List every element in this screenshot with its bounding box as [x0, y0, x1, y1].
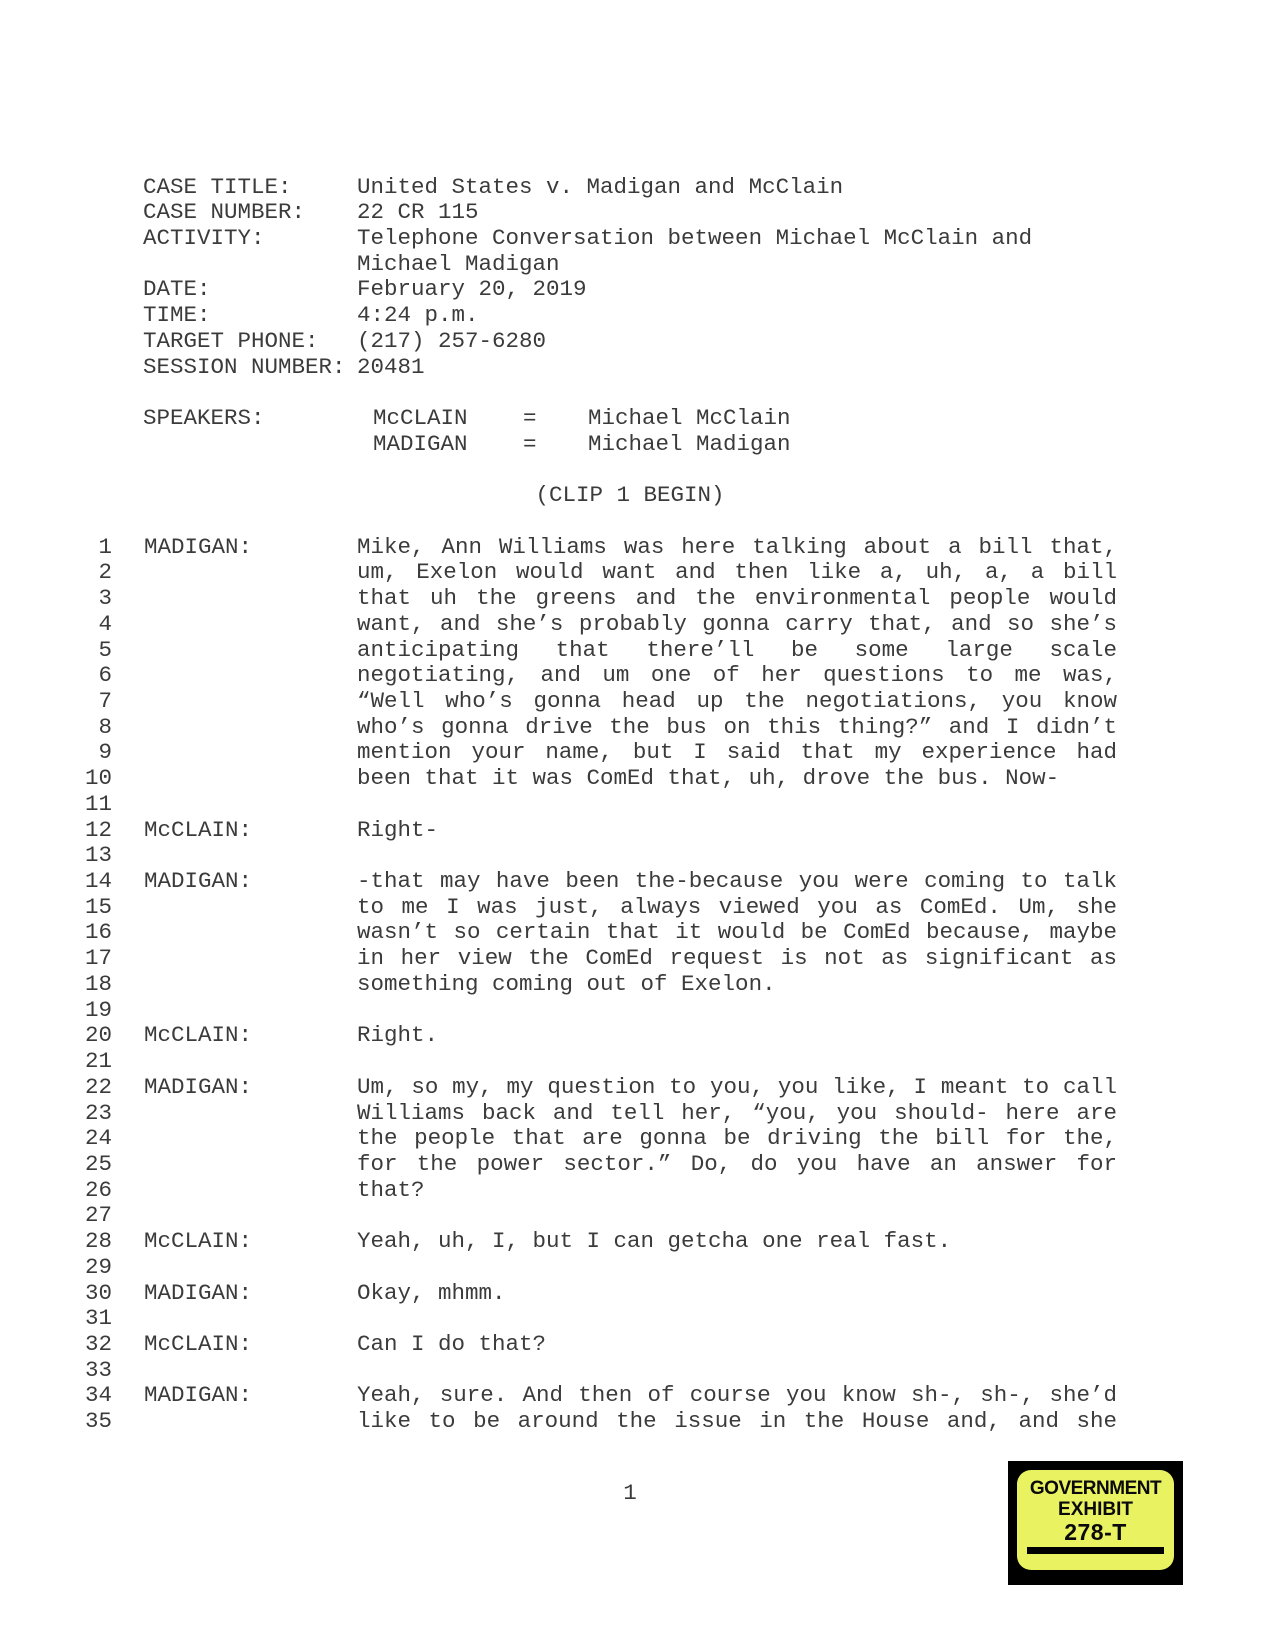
line-text: Um, so my, my question to you, you like,…	[357, 1074, 1117, 1100]
speaker-name: McCLAIN:	[144, 1331, 252, 1357]
line-text: Can I do that?	[357, 1331, 1117, 1357]
header-value: Telephone Conversation between Michael M…	[357, 225, 1032, 251]
line-number: 16	[58, 919, 112, 945]
header-row: ACTIVITY:Telephone Conversation between …	[0, 225, 1265, 251]
transcript-line: 3that uh the greens and the environmenta…	[0, 585, 1265, 611]
header-value: 4:24 p.m.	[357, 302, 479, 328]
line-number: 13	[58, 842, 112, 868]
speaker-name: McCLAIN:	[144, 1022, 252, 1048]
line-text: in her view the ComEd request is not as …	[357, 945, 1117, 971]
exhibit-stamp-line3: 278-T	[1017, 1520, 1174, 1544]
line-number: 14	[58, 868, 112, 894]
clip-marker: (CLIP 1 BEGIN)	[143, 482, 1117, 508]
transcript-line: 30MADIGAN:Okay, mhmm.	[0, 1280, 1265, 1306]
header-label: CASE TITLE:	[143, 174, 292, 200]
line-number: 2	[58, 559, 112, 585]
line-text: that uh the greens and the environmental…	[357, 585, 1117, 611]
transcript-line: 26that?	[0, 1177, 1265, 1203]
header-row: DATE:February 20, 2019	[0, 276, 1265, 302]
line-number: 6	[58, 662, 112, 688]
line-text: something coming out of Exelon.	[357, 971, 1117, 997]
speaker-name: McCLAIN:	[144, 1228, 252, 1254]
line-number: 25	[58, 1151, 112, 1177]
header-row: SESSION NUMBER:20481	[0, 354, 1265, 380]
speaker-full-name: Michael McClain	[588, 405, 791, 431]
transcript-page: CASE TITLE:United States v. Madigan and …	[0, 0, 1265, 1638]
line-number: 24	[58, 1125, 112, 1151]
transcript-line: 24the people that are gonna be driving t…	[0, 1125, 1265, 1151]
line-number: 27	[58, 1202, 112, 1228]
transcript-line: 20McCLAIN:Right.	[0, 1022, 1265, 1048]
line-number: 11	[58, 791, 112, 817]
line-number: 19	[58, 997, 112, 1023]
header-label: TIME:	[143, 302, 211, 328]
transcript-line: 15to me I was just, always viewed you as…	[0, 894, 1265, 920]
transcript-line: 21	[0, 1048, 1265, 1074]
line-text: for the power sector.” Do, do you have a…	[357, 1151, 1117, 1177]
line-text: Right-	[357, 817, 1117, 843]
speaker-name: MADIGAN:	[144, 1382, 252, 1408]
transcript-line: 11	[0, 791, 1265, 817]
transcript-line: 2um, Exelon would want and then like a, …	[0, 559, 1265, 585]
transcript-line: 27	[0, 1202, 1265, 1228]
exhibit-stamp: GOVERNMENT EXHIBIT 278-T	[1008, 1461, 1183, 1585]
line-text: wasn’t so certain that it would be ComEd…	[357, 919, 1117, 945]
header-value: (217) 257-6280	[357, 328, 546, 354]
line-number: 12	[58, 817, 112, 843]
line-number: 35	[58, 1408, 112, 1434]
line-text: Okay, mhmm.	[357, 1280, 1117, 1306]
transcript-line: 28McCLAIN:Yeah, uh, I, but I can getcha …	[0, 1228, 1265, 1254]
line-number: 5	[58, 637, 112, 663]
transcript-line: 35like to be around the issue in the Hou…	[0, 1408, 1265, 1434]
line-number: 29	[58, 1254, 112, 1280]
line-number: 26	[58, 1177, 112, 1203]
transcript-line: 33	[0, 1357, 1265, 1383]
transcript-line: 25for the power sector.” Do, do you have…	[0, 1151, 1265, 1177]
transcript-line: 4want, and she’s probably gonna carry th…	[0, 611, 1265, 637]
line-text: that?	[357, 1177, 1117, 1203]
header-label: TARGET PHONE:	[143, 328, 319, 354]
header-value: Michael Madigan	[357, 251, 560, 277]
exhibit-stamp-line2: EXHIBIT	[1017, 1499, 1174, 1520]
header-label: ACTIVITY:	[143, 225, 265, 251]
line-number: 23	[58, 1100, 112, 1126]
line-number: 1	[58, 534, 112, 560]
transcript-line: 23Williams back and tell her, “you, you …	[0, 1100, 1265, 1126]
header-label: DATE:	[143, 276, 211, 302]
transcript-line: 17in her view the ComEd request is not a…	[0, 945, 1265, 971]
line-text: been that it was ComEd that, uh, drove t…	[357, 765, 1117, 791]
line-number: 33	[58, 1357, 112, 1383]
transcript-line: 10been that it was ComEd that, uh, drove…	[0, 765, 1265, 791]
speaker-name: MADIGAN:	[144, 868, 252, 894]
speakers-row: SPEAKERS:McCLAIN=Michael McClain	[0, 405, 1265, 431]
line-number: 4	[58, 611, 112, 637]
speaker-name: McCLAIN:	[144, 817, 252, 843]
header-row: TARGET PHONE:(217) 257-6280	[0, 328, 1265, 354]
header-value: 20481	[357, 354, 425, 380]
transcript-line: 12McCLAIN:Right-	[0, 817, 1265, 843]
header-row: CASE TITLE:United States v. Madigan and …	[0, 174, 1265, 200]
line-number: 30	[58, 1280, 112, 1306]
line-text: Yeah, sure. And then of course you know …	[357, 1382, 1117, 1408]
clip-marker-row: (CLIP 1 BEGIN)	[0, 482, 1265, 508]
speakers-row: MADIGAN=Michael Madigan	[0, 431, 1265, 457]
transcript-line: 14MADIGAN:-that may have been the-becaus…	[0, 868, 1265, 894]
line-number: 8	[58, 714, 112, 740]
line-number: 15	[58, 894, 112, 920]
transcript-line: 22MADIGAN:Um, so my, my question to you,…	[0, 1074, 1265, 1100]
line-text: want, and she’s probably gonna carry tha…	[357, 611, 1117, 637]
transcript-line: 19	[0, 997, 1265, 1023]
line-text: Mike, Ann Williams was here talking abou…	[357, 534, 1117, 560]
speaker-key: McCLAIN	[373, 405, 468, 431]
line-text: Williams back and tell her, “you, you sh…	[357, 1100, 1117, 1126]
header-row: CASE NUMBER:22 CR 115	[0, 199, 1265, 225]
line-text: Yeah, uh, I, but I can getcha one real f…	[357, 1228, 1117, 1254]
line-number: 10	[58, 765, 112, 791]
line-number: 21	[58, 1048, 112, 1074]
line-text: Right.	[357, 1022, 1117, 1048]
speaker-name: MADIGAN:	[144, 1280, 252, 1306]
speaker-name: MADIGAN:	[144, 1074, 252, 1100]
transcript-line: 8who’s gonna drive the bus on this thing…	[0, 714, 1265, 740]
exhibit-stamp-underline	[1027, 1547, 1164, 1554]
speaker-full-name: Michael Madigan	[588, 431, 791, 457]
line-number: 28	[58, 1228, 112, 1254]
line-number: 20	[58, 1022, 112, 1048]
line-text: to me I was just, always viewed you as C…	[357, 894, 1117, 920]
line-text: mention your name, but I said that my ex…	[357, 739, 1117, 765]
line-text: um, Exelon would want and then like a, u…	[357, 559, 1117, 585]
header-value: 22 CR 115	[357, 199, 479, 225]
speaker-equals: =	[523, 431, 537, 457]
speaker-key: MADIGAN	[373, 431, 468, 457]
line-text: who’s gonna drive the bus on this thing?…	[357, 714, 1117, 740]
line-number: 22	[58, 1074, 112, 1100]
transcript-line: 29	[0, 1254, 1265, 1280]
line-text: like to be around the issue in the House…	[357, 1408, 1117, 1434]
header-row: TIME:4:24 p.m.	[0, 302, 1265, 328]
transcript-line: 7“Well who’s gonna head up the negotiati…	[0, 688, 1265, 714]
line-number: 34	[58, 1382, 112, 1408]
line-text: -that may have been the-because you were…	[357, 868, 1117, 894]
exhibit-stamp-label: GOVERNMENT EXHIBIT 278-T	[1017, 1470, 1174, 1570]
transcript-line: 5anticipating that there’ll be some larg…	[0, 637, 1265, 663]
transcript-line: 34MADIGAN:Yeah, sure. And then of course…	[0, 1382, 1265, 1408]
transcript-line: 9mention your name, but I said that my e…	[0, 739, 1265, 765]
line-number: 18	[58, 971, 112, 997]
transcript-line: 1MADIGAN:Mike, Ann Williams was here tal…	[0, 534, 1265, 560]
speakers-label: SPEAKERS:	[143, 405, 265, 431]
line-text: negotiating, and um one of her questions…	[357, 662, 1117, 688]
line-text: anticipating that there’ll be some large…	[357, 637, 1117, 663]
header-row: Michael Madigan	[0, 251, 1265, 277]
exhibit-stamp-line1: GOVERNMENT	[1017, 1470, 1174, 1499]
transcript-line: 18something coming out of Exelon.	[0, 971, 1265, 997]
transcript-line: 13	[0, 842, 1265, 868]
line-number: 3	[58, 585, 112, 611]
line-number: 17	[58, 945, 112, 971]
transcript-line: 6negotiating, and um one of her question…	[0, 662, 1265, 688]
transcript-line: 31	[0, 1305, 1265, 1331]
header-label: SESSION NUMBER:	[143, 354, 346, 380]
line-number: 32	[58, 1331, 112, 1357]
line-number: 9	[58, 739, 112, 765]
line-number: 31	[58, 1305, 112, 1331]
transcript-line: 32McCLAIN:Can I do that?	[0, 1331, 1265, 1357]
speaker-equals: =	[523, 405, 537, 431]
header-value: United States v. Madigan and McClain	[357, 174, 843, 200]
transcript-line: 16wasn’t so certain that it would be Com…	[0, 919, 1265, 945]
header-label: CASE NUMBER:	[143, 199, 305, 225]
page-number: 1	[143, 1480, 1117, 1506]
line-text: “Well who’s gonna head up the negotiatio…	[357, 688, 1117, 714]
line-number: 7	[58, 688, 112, 714]
header-value: February 20, 2019	[357, 276, 587, 302]
speaker-name: MADIGAN:	[144, 534, 252, 560]
line-text: the people that are gonna be driving the…	[357, 1125, 1117, 1151]
